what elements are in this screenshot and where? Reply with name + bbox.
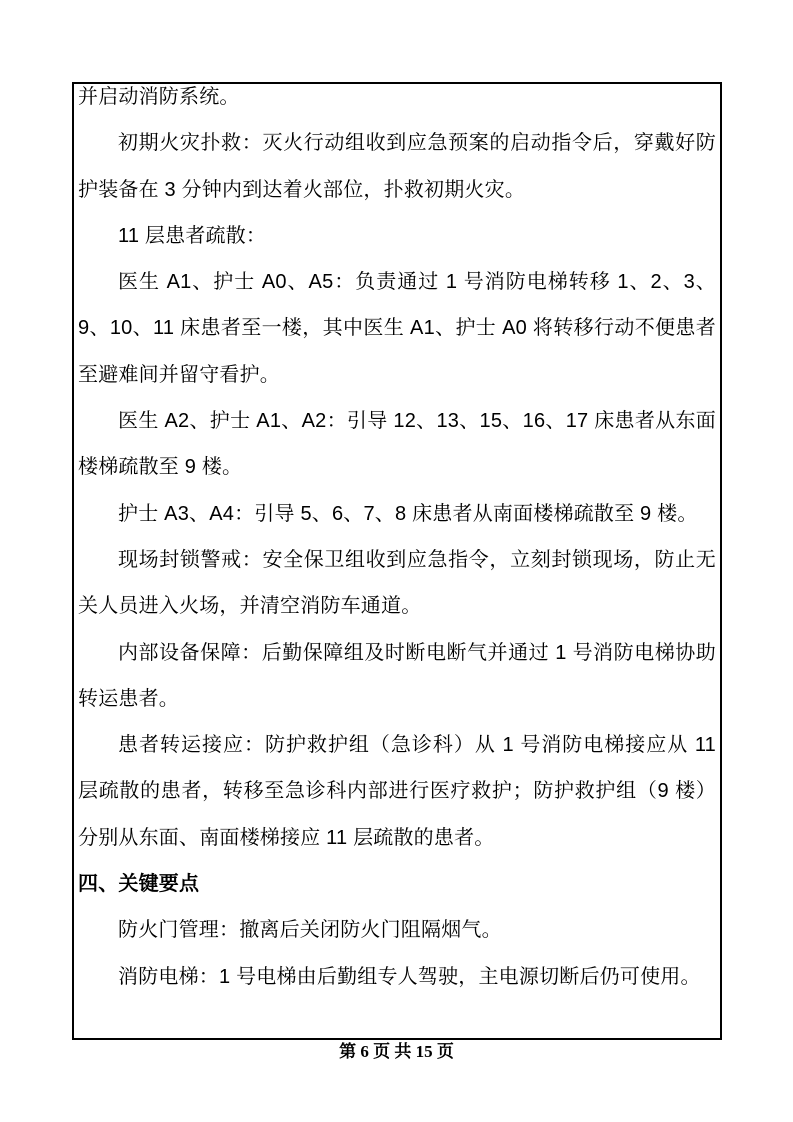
paragraph: 初期火灾扑救：灭火行动组收到应急预案的启动指令后，穿戴好防护装备在 3 分钟内到…: [78, 120, 716, 213]
content-table: 并启动消防系统。初期火灾扑救：灭火行动组收到应急预案的启动指令后，穿戴好防护装备…: [72, 82, 722, 1040]
paragraph: 并启动消防系统。: [78, 82, 716, 120]
document-page: 并启动消防系统。初期火灾扑救：灭火行动组收到应急预案的启动指令后，穿戴好防护装备…: [0, 0, 793, 1122]
paragraph: 内部设备保障：后勤保障组及时断电断气并通过 1 号消防电梯协助转运患者。: [78, 630, 716, 723]
paragraph: 现场封锁警戒：安全保卫组收到应急指令，立刻封锁现场，防止无关人员进入火场，并清空…: [78, 537, 716, 630]
section-heading: 四、关键要点: [78, 861, 716, 907]
paragraph: 患者转运接应：防护救护组（急诊科）从 1 号消防电梯接应从 11 层疏散的患者，…: [78, 722, 716, 861]
paragraph-container: 并启动消防系统。初期火灾扑救：灭火行动组收到应急预案的启动指令后，穿戴好防护装备…: [74, 82, 720, 1000]
paragraph: 医生 A2、护士 A1、A2：引导 12、13、15、16、17 床患者从东面楼…: [78, 398, 716, 491]
page-footer: 第 6 页 共 15 页: [0, 1041, 793, 1063]
paragraph: 消防电梯：1 号电梯由后勤组专人驾驶，主电源切断后仍可使用。: [78, 954, 716, 1000]
paragraph: 医生 A1、护士 A0、A5：负责通过 1 号消防电梯转移 1、2、3、9、10…: [78, 259, 716, 398]
paragraph: 防火门管理：撤离后关闭防火门阻隔烟气。: [78, 907, 716, 953]
paragraph: 11 层患者疏散：: [78, 213, 716, 259]
paragraph: 护士 A3、A4：引导 5、6、7、8 床患者从南面楼梯疏散至 9 楼。: [78, 491, 716, 537]
